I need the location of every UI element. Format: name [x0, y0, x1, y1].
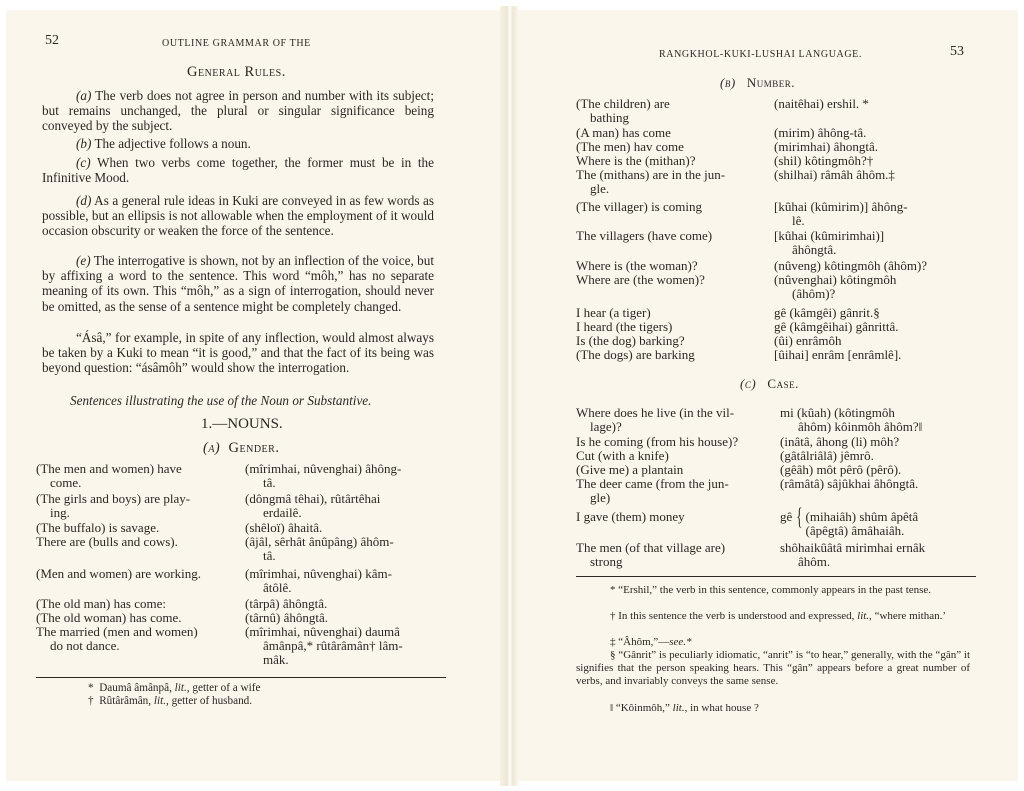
- rule-example-asa: “Ásâ,” for example, in spite of any infl…: [42, 330, 434, 376]
- rule-a: (a) The verb does not agree in person an…: [42, 88, 434, 134]
- footnote-left-2: † Rûtârâmân, lit., getter of husband.: [88, 695, 252, 708]
- italic-heading-sentences: Sentences illustrating the use of the No…: [70, 393, 371, 408]
- footnote-divider-left: [36, 677, 446, 678]
- section-title-general-rules: General Rules.: [187, 64, 286, 81]
- footnote-right-5: ‖ “Kôinmôh,” lit., in what house ?: [576, 702, 970, 715]
- curly-brace: {: [796, 504, 802, 531]
- footnote-right-4: § “Gânrit” is peculiarly idiomatic, “anr…: [576, 649, 970, 688]
- subsection-case: (c) Case.: [740, 376, 799, 392]
- page-number-right: 53: [950, 44, 964, 60]
- footnote-right-1: * “Ershil,” the verb in this sentence, c…: [576, 584, 970, 597]
- subsection-number: (b) Number.: [720, 75, 795, 91]
- rule-b: (b) The adjective follows a noun.: [42, 136, 434, 151]
- chapter-heading-nouns: 1.—NOUNS.: [201, 416, 283, 433]
- page-number-left: 52: [45, 33, 59, 49]
- running-head-left: OUTLINE GRAMMAR OF THE: [162, 38, 311, 49]
- footnote-divider-right: [576, 576, 976, 577]
- rule-e: (e) The interrogative is shown, not by a…: [42, 253, 434, 314]
- book-gutter: [500, 6, 518, 786]
- footnote-right-3: ‡ “Âhôm,”—see.*: [576, 636, 970, 649]
- rule-d: (d) As a general rule ideas in Kuki are …: [42, 193, 434, 239]
- running-head-right: RANGKHOL-KUKI-LUSHAI LANGUAGE.: [659, 49, 862, 60]
- rule-c: (c) When two verbs come together, the fo…: [42, 155, 434, 185]
- footnote-right-2: † In this sentence the verb is understoo…: [576, 610, 970, 623]
- subsection-gender: (a) Gender.: [203, 440, 279, 457]
- footnote-left-1: * Daumâ âmânpâ, lit., getter of a wife: [88, 682, 260, 695]
